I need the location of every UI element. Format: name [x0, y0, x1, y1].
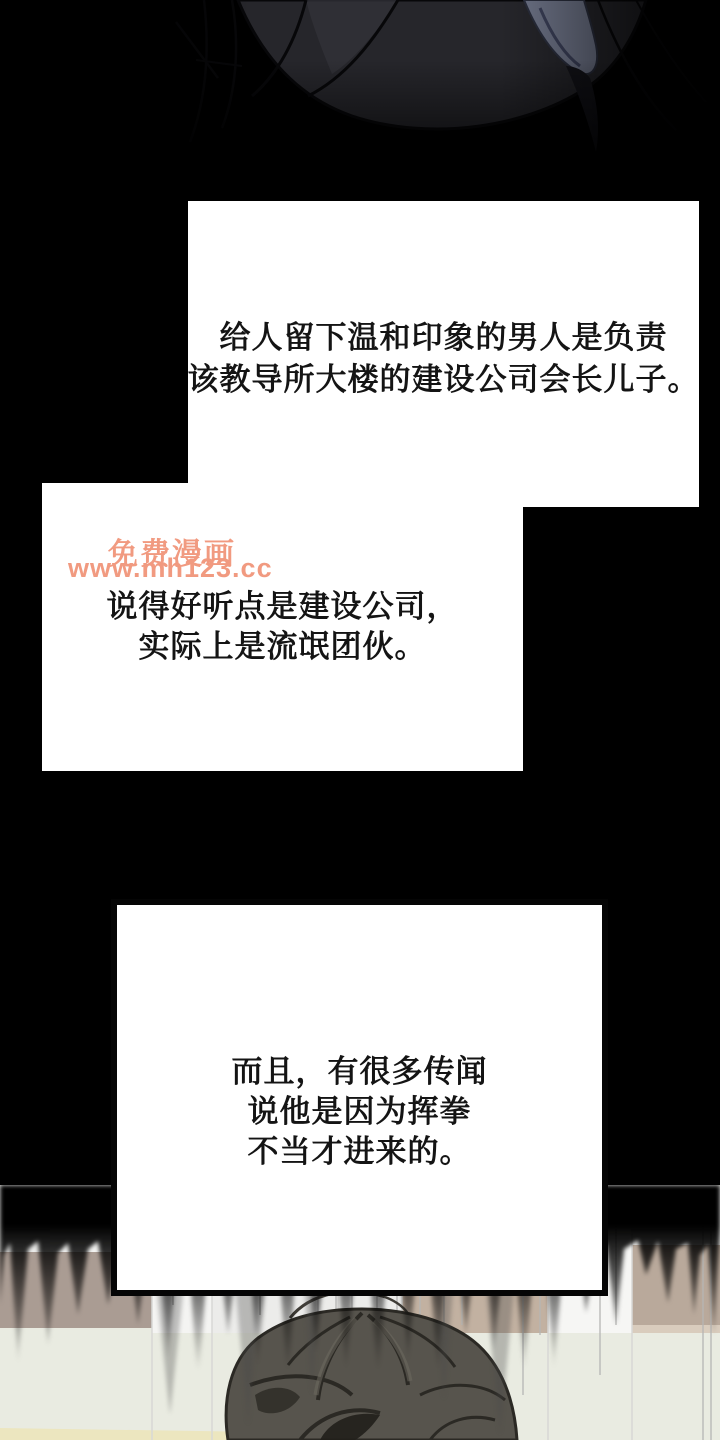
speech-box-2: 免费漫画 www.mh123.cc 说得好听点是建设公司， 实际上是流氓团伙。	[42, 483, 523, 771]
speech-box-2-line-1: 说得好听点是建设公司，	[107, 587, 459, 627]
speech-box-1: 给人留下温和印象的男人是负责 该教导所大楼的建设公司会长儿子。	[188, 201, 699, 507]
watermark-line-2: www.mh123.cc	[68, 553, 273, 584]
speech-box-2-line-2: 实际上是流氓团伙。	[139, 627, 427, 667]
speech-box-3-line-2: 说他是因为挥拳	[248, 1092, 472, 1132]
speech-box-3-line-3: 不当才进来的。	[248, 1132, 472, 1172]
speech-box-1-line-1: 给人留下温和印象的男人是负责	[220, 317, 668, 359]
comic-page: 给人留下温和印象的男人是负责 该教导所大楼的建设公司会长儿子。 免费漫画 www…	[0, 0, 720, 1440]
speech-box-3-line-1: 而且，有很多传闻	[232, 1052, 488, 1092]
speech-box-1-line-2: 该教导所大楼的建设公司会长儿子。	[188, 359, 700, 401]
speech-box-3: 而且，有很多传闻 说他是因为挥拳 不当才进来的。	[111, 899, 608, 1296]
top-artwork-suit-torso	[0, 0, 720, 210]
